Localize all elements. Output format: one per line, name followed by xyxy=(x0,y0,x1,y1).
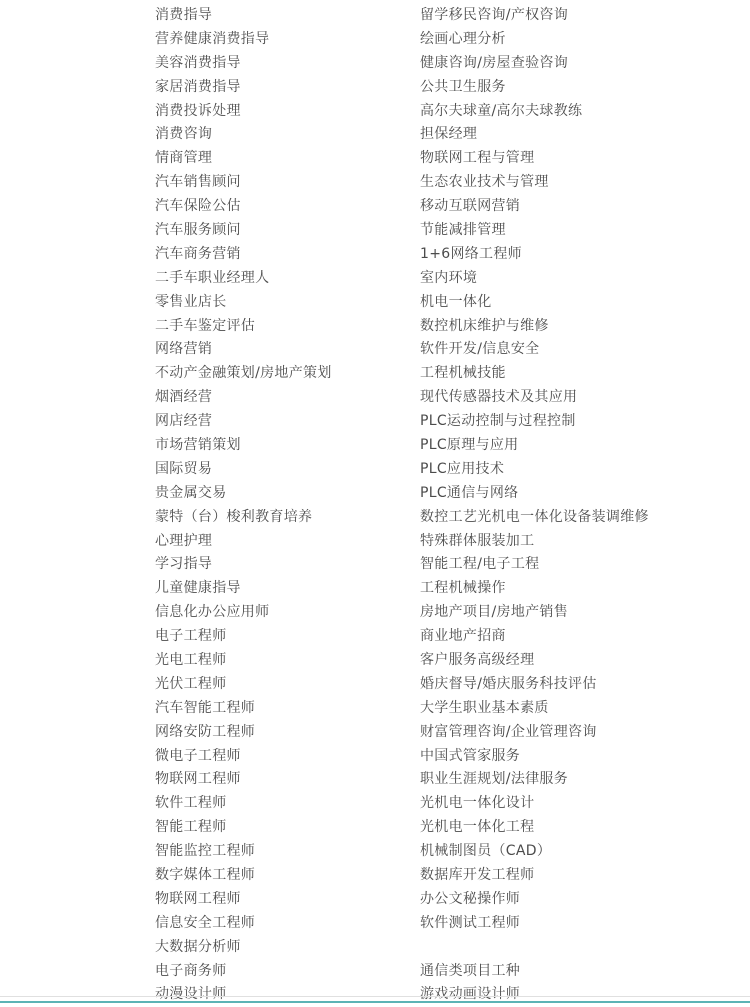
category-item-right[interactable]: 室内环境 xyxy=(420,267,750,287)
category-item-right[interactable]: 生态农业技术与管理 xyxy=(420,171,750,191)
category-item-right[interactable]: 绘画心理分析 xyxy=(420,28,750,48)
category-item-left[interactable]: 二手车鉴定评估 xyxy=(155,315,420,335)
list-row: 零售业店长 机电一体化 xyxy=(0,289,750,313)
category-item-right[interactable]: 工程机械技能 xyxy=(420,362,750,382)
category-item-right[interactable]: 办公文秘操作师 xyxy=(420,888,750,908)
category-item-left[interactable]: 智能工程师 xyxy=(155,816,420,836)
category-item-left[interactable]: 汽车商务营销 xyxy=(155,243,420,263)
category-item-right[interactable]: 1+6网络工程师 xyxy=(420,243,750,263)
category-item-left[interactable]: 消费咨询 xyxy=(155,123,420,143)
list-row: 市场营销策划 PLC原理与应用 xyxy=(0,432,750,456)
category-item-right[interactable]: 移动互联网营销 xyxy=(420,195,750,215)
category-item-right[interactable]: 留学移民咨询/产权咨询 xyxy=(420,4,750,24)
category-item-right[interactable]: 数据库开发工程师 xyxy=(420,864,750,884)
list-row: 汽车智能工程师 大学生职业基本素质 xyxy=(0,695,750,719)
category-item-right[interactable]: 节能减排管理 xyxy=(420,219,750,239)
category-item-right[interactable]: 大学生职业基本素质 xyxy=(420,697,750,717)
category-item-left[interactable]: 网络安防工程师 xyxy=(155,721,420,741)
list-row: 消费投诉处理 高尔夫球童/高尔夫球教练 xyxy=(0,98,750,122)
category-item-right[interactable]: 机电一体化 xyxy=(420,291,750,311)
category-item-left[interactable]: 心理护理 xyxy=(155,530,420,550)
category-item-right[interactable]: 通信类项目工种 xyxy=(420,960,750,980)
category-item-right[interactable]: 软件测试工程师 xyxy=(420,912,750,932)
category-item-right[interactable]: 工程机械操作 xyxy=(420,577,750,597)
category-item-right[interactable]: 软件开发/信息安全 xyxy=(420,338,750,358)
list-row: 家居消费指导 公共卫生服务 xyxy=(0,74,750,98)
category-item-left[interactable]: 营养健康消费指导 xyxy=(155,28,420,48)
category-item-right[interactable]: PLC运动控制与过程控制 xyxy=(420,410,750,430)
list-bottom-divider xyxy=(0,996,750,997)
list-row: 贵金属交易 PLC通信与网络 xyxy=(0,480,750,504)
category-item-right[interactable]: 婚庆督导/婚庆服务科技评估 xyxy=(420,673,750,693)
category-item-left[interactable]: 大数据分析师 xyxy=(155,936,420,956)
list-row: 汽车销售顾问 生态农业技术与管理 xyxy=(0,169,750,193)
category-item-left[interactable]: 贵金属交易 xyxy=(155,482,420,502)
category-item-right[interactable]: 财富管理咨询/企业管理咨询 xyxy=(420,721,750,741)
category-item-right[interactable]: 中国式管家服务 xyxy=(420,745,750,765)
category-item-right[interactable]: 智能工程/电子工程 xyxy=(420,553,750,573)
category-item-left[interactable]: 汽车智能工程师 xyxy=(155,697,420,717)
category-item-right[interactable]: PLC原理与应用 xyxy=(420,434,750,454)
category-item-left[interactable]: 家居消费指导 xyxy=(155,76,420,96)
category-item-left[interactable]: 汽车保险公估 xyxy=(155,195,420,215)
category-item-right[interactable]: PLC应用技术 xyxy=(420,458,750,478)
list-row: 物联网工程师 办公文秘操作师 xyxy=(0,886,750,910)
category-item-right[interactable]: 高尔夫球童/高尔夫球教练 xyxy=(420,100,750,120)
list-row: 网络安防工程师 财富管理咨询/企业管理咨询 xyxy=(0,719,750,743)
category-item-left[interactable]: 光电工程师 xyxy=(155,649,420,669)
list-row: 儿童健康指导 工程机械操作 xyxy=(0,575,750,599)
list-row: 光伏工程师 婚庆督导/婚庆服务科技评估 xyxy=(0,671,750,695)
category-item-right[interactable]: 职业生涯规划/法律服务 xyxy=(420,768,750,788)
list-row: 电子商务师 通信类项目工种 xyxy=(0,958,750,982)
category-item-right[interactable]: 数控机床维护与维修 xyxy=(420,315,750,335)
category-item-left[interactable]: 网络营销 xyxy=(155,338,420,358)
list-row: 汽车保险公估 移动互联网营销 xyxy=(0,193,750,217)
category-item-right[interactable]: 公共卫生服务 xyxy=(420,76,750,96)
list-row: 学习指导 智能工程/电子工程 xyxy=(0,551,750,575)
list-row: 蒙特（台）梭利教育培养 数控工艺光机电一体化设备装调维修 xyxy=(0,504,750,528)
category-item-right[interactable]: 商业地产招商 xyxy=(420,625,750,645)
list-row: 营养健康消费指导 绘画心理分析 xyxy=(0,26,750,50)
list-row: 烟酒经营 现代传感器技术及其应用 xyxy=(0,384,750,408)
category-list: 消费指导 留学移民咨询/产权咨询 营养健康消费指导 绘画心理分析 美容消费指导 … xyxy=(0,0,750,1005)
list-row: 国际贸易 PLC应用技术 xyxy=(0,456,750,480)
category-item-left[interactable]: 网店经营 xyxy=(155,410,420,430)
list-row: 智能监控工程师 机械制图员（CAD） xyxy=(0,838,750,862)
list-row: 汽车服务顾问 节能减排管理 xyxy=(0,217,750,241)
list-row: 二手车职业经理人 室内环境 xyxy=(0,265,750,289)
list-row: 物联网工程师 职业生涯规划/法律服务 xyxy=(0,767,750,791)
category-item-left[interactable]: 物联网工程师 xyxy=(155,888,420,908)
category-item-right[interactable]: 物联网工程与管理 xyxy=(420,147,750,167)
list-row: 不动产金融策划/房地产策划 工程机械技能 xyxy=(0,360,750,384)
category-item-left[interactable]: 电子工程师 xyxy=(155,625,420,645)
category-item-right[interactable]: 光机电一体化工程 xyxy=(420,816,750,836)
category-item-left[interactable]: 汽车服务顾问 xyxy=(155,219,420,239)
list-row: 智能工程师 光机电一体化工程 xyxy=(0,814,750,838)
footer-accent-divider xyxy=(0,1001,750,1003)
category-item-right[interactable]: 健康咨询/房屋查验咨询 xyxy=(420,52,750,72)
list-row: 信息化办公应用师 房地产项目/房地产销售 xyxy=(0,599,750,623)
category-item-left[interactable]: 智能监控工程师 xyxy=(155,840,420,860)
list-row: 二手车鉴定评估 数控机床维护与维修 xyxy=(0,313,750,337)
category-item-right[interactable]: 特殊群体服装加工 xyxy=(420,530,750,550)
category-item-left[interactable]: 消费指导 xyxy=(155,4,420,24)
category-item-left[interactable]: 微电子工程师 xyxy=(155,745,420,765)
category-item-left[interactable]: 二手车职业经理人 xyxy=(155,267,420,287)
list-row: 数字媒体工程师 数据库开发工程师 xyxy=(0,862,750,886)
category-item-left[interactable]: 蒙特（台）梭利教育培养 xyxy=(155,506,420,526)
category-item-left[interactable]: 情商管理 xyxy=(155,147,420,167)
category-item-left[interactable]: 信息化办公应用师 xyxy=(155,601,420,621)
list-row: 汽车商务营销 1+6网络工程师 xyxy=(0,241,750,265)
category-item-right[interactable]: 数控工艺光机电一体化设备装调维修 xyxy=(420,506,750,526)
category-item-right[interactable]: PLC通信与网络 xyxy=(420,482,750,502)
list-row: 网络营销 软件开发/信息安全 xyxy=(0,336,750,360)
list-row: 消费咨询 担保经理 xyxy=(0,121,750,145)
category-item-left[interactable]: 美容消费指导 xyxy=(155,52,420,72)
list-row: 微电子工程师 中国式管家服务 xyxy=(0,743,750,767)
category-item-left[interactable]: 儿童健康指导 xyxy=(155,577,420,597)
category-item-left[interactable]: 国际贸易 xyxy=(155,458,420,478)
category-item-right[interactable]: 机械制图员（CAD） xyxy=(420,840,750,860)
list-row: 光电工程师 客户服务高级经理 xyxy=(0,647,750,671)
category-item-left[interactable]: 学习指导 xyxy=(155,553,420,573)
category-item-left[interactable]: 物联网工程师 xyxy=(155,768,420,788)
category-item-right[interactable]: 现代传感器技术及其应用 xyxy=(420,386,750,406)
list-row: 信息安全工程师 软件测试工程师 xyxy=(0,910,750,934)
category-item-right[interactable]: 房地产项目/房地产销售 xyxy=(420,601,750,621)
category-item-left[interactable]: 烟酒经营 xyxy=(155,386,420,406)
category-item-right[interactable]: 担保经理 xyxy=(420,123,750,143)
category-item-left[interactable]: 消费投诉处理 xyxy=(155,100,420,120)
list-row: 心理护理 特殊群体服装加工 xyxy=(0,528,750,552)
list-row: 美容消费指导 健康咨询/房屋查验咨询 xyxy=(0,50,750,74)
list-row: 电子工程师 商业地产招商 xyxy=(0,623,750,647)
category-item-left[interactable]: 零售业店长 xyxy=(155,291,420,311)
list-row: 大数据分析师 xyxy=(0,934,750,958)
category-item-right[interactable]: 光机电一体化设计 xyxy=(420,792,750,812)
category-item-left[interactable]: 软件工程师 xyxy=(155,792,420,812)
category-item-left[interactable]: 市场营销策划 xyxy=(155,434,420,454)
category-item-left[interactable]: 光伏工程师 xyxy=(155,673,420,693)
list-row: 网店经营 PLC运动控制与过程控制 xyxy=(0,408,750,432)
category-item-left[interactable]: 不动产金融策划/房地产策划 xyxy=(155,362,420,382)
category-item-left[interactable]: 信息安全工程师 xyxy=(155,912,420,932)
category-item-left[interactable]: 电子商务师 xyxy=(155,960,420,980)
list-row: 情商管理 物联网工程与管理 xyxy=(0,145,750,169)
category-item-left[interactable]: 汽车销售顾问 xyxy=(155,171,420,191)
category-item-left[interactable]: 数字媒体工程师 xyxy=(155,864,420,884)
category-item-right[interactable]: 客户服务高级经理 xyxy=(420,649,750,669)
list-row: 消费指导 留学移民咨询/产权咨询 xyxy=(0,2,750,26)
list-row: 软件工程师 光机电一体化设计 xyxy=(0,790,750,814)
